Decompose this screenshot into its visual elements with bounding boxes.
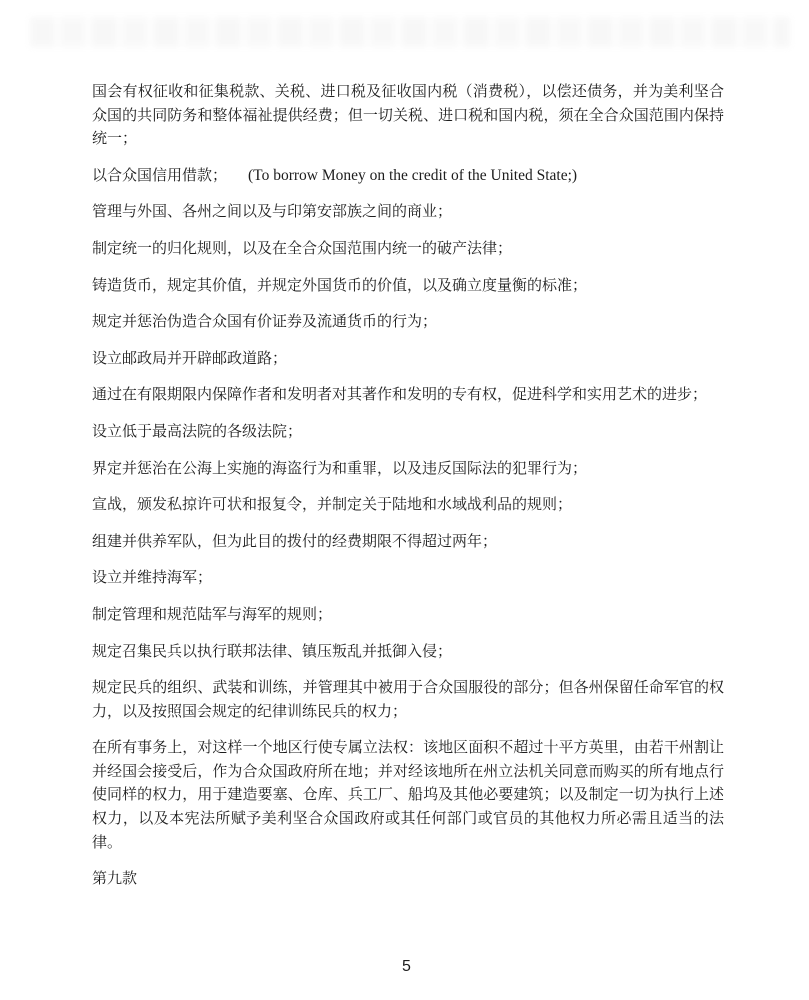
paragraph-text: 设立邮政局并开辟邮政道路； (92, 350, 287, 367)
paragraph: 界定并惩治在公海上实施的海盗行为和重罪，以及违反国际法的犯罪行为； (92, 457, 724, 481)
paragraph-text: 规定并惩治伪造合众国有价证券及流通货币的行为； (92, 313, 437, 330)
document-page: 国会有权征收和征集税款、关税、进口税及征收国内税（消费税），以偿还债务，并为美利… (0, 0, 809, 1000)
paragraph-text: 设立并维持海军； (92, 569, 212, 586)
paragraph-text: 通过在有限期限内保障作者和发明者对其著作和发明的专有权，促进科学和实用艺术的进步… (92, 386, 707, 403)
page-number: 5 (402, 958, 411, 976)
paragraph: 铸造货币，规定其价值，并规定外国货币的价值，以及确立度量衡的标准； (92, 274, 724, 298)
paragraph-text: 铸造货币，规定其价值，并规定外国货币的价值，以及确立度量衡的标准； (92, 277, 587, 294)
paragraph: 宣战，颁发私掠许可状和报复令，并制定关于陆地和水域战利品的规则； (92, 493, 724, 517)
section-heading-text: 第九款 (92, 870, 137, 887)
paragraph-text: 以合众国信用借款； (92, 167, 227, 184)
paragraph: 设立低于最高法院的各级法院； (92, 420, 724, 444)
paragraph-text: 界定并惩治在公海上实施的海盗行为和重罪，以及违反国际法的犯罪行为； (92, 460, 587, 477)
paragraph: 通过在有限期限内保障作者和发明者对其著作和发明的专有权，促进科学和实用艺术的进步… (92, 383, 724, 407)
paragraph: 在所有事务上，对这样一个地区行使专属立法权：该地区面积不超过十平方英里，由若干州… (92, 736, 724, 854)
paragraph-text: 宣战，颁发私掠许可状和报复令，并制定关于陆地和水域战利品的规则； (92, 496, 572, 513)
paragraph: 组建并供养军队，但为此目的拨付的经费期限不得超过两年； (92, 530, 724, 554)
document-body: 国会有权征收和征集税款、关税、进口税及征收国内税（消费税），以偿还债务，并为美利… (92, 80, 724, 891)
paragraph-text: 制定统一的归化规则，以及在全合众国范围内统一的破产法律； (92, 240, 512, 257)
paragraph: 制定统一的归化规则，以及在全合众国范围内统一的破产法律； (92, 237, 724, 261)
paragraph: 以合众国信用借款；(To borrow Money on the credit … (92, 164, 724, 188)
paragraph: 制定管理和规范陆军与海军的规则； (92, 603, 724, 627)
paragraph: 设立邮政局并开辟邮政道路； (92, 347, 724, 371)
paragraph-text: 制定管理和规范陆军与海军的规则； (92, 606, 332, 623)
section-heading: 第九款 (92, 867, 724, 891)
english-citation-text: (To borrow Money on the credit of the Un… (248, 167, 577, 184)
paragraph-text: 规定民兵的组织、武装和训练，并管理其中被用于合众国服役的部分；但各州保留任命军官… (92, 679, 724, 720)
faded-header-artifact (30, 17, 790, 47)
paragraph-text: 组建并供养军队，但为此目的拨付的经费期限不得超过两年； (92, 533, 497, 550)
paragraph: 规定民兵的组织、武装和训练，并管理其中被用于合众国服役的部分；但各州保留任命军官… (92, 676, 724, 723)
paragraph: 管理与外国、各州之间以及与印第安部族之间的商业； (92, 200, 724, 224)
paragraph-text: 设立低于最高法院的各级法院； (92, 423, 302, 440)
paragraph-text: 管理与外国、各州之间以及与印第安部族之间的商业； (92, 203, 452, 220)
paragraph-text: 在所有事务上，对这样一个地区行使专属立法权：该地区面积不超过十平方英里，由若干州… (92, 739, 724, 850)
paragraph-text: 规定召集民兵以执行联邦法律、镇压叛乱并抵御入侵； (92, 643, 452, 660)
paragraph-text: 国会有权征收和征集税款、关税、进口税及征收国内税（消费税），以偿还债务，并为美利… (92, 83, 724, 147)
paragraph: 规定召集民兵以执行联邦法律、镇压叛乱并抵御入侵； (92, 640, 724, 664)
page-footer: 5 (0, 958, 809, 976)
paragraph: 设立并维持海军； (92, 566, 724, 590)
paragraph: 国会有权征收和征集税款、关税、进口税及征收国内税（消费税），以偿还债务，并为美利… (92, 80, 724, 151)
paragraph: 规定并惩治伪造合众国有价证券及流通货币的行为； (92, 310, 724, 334)
